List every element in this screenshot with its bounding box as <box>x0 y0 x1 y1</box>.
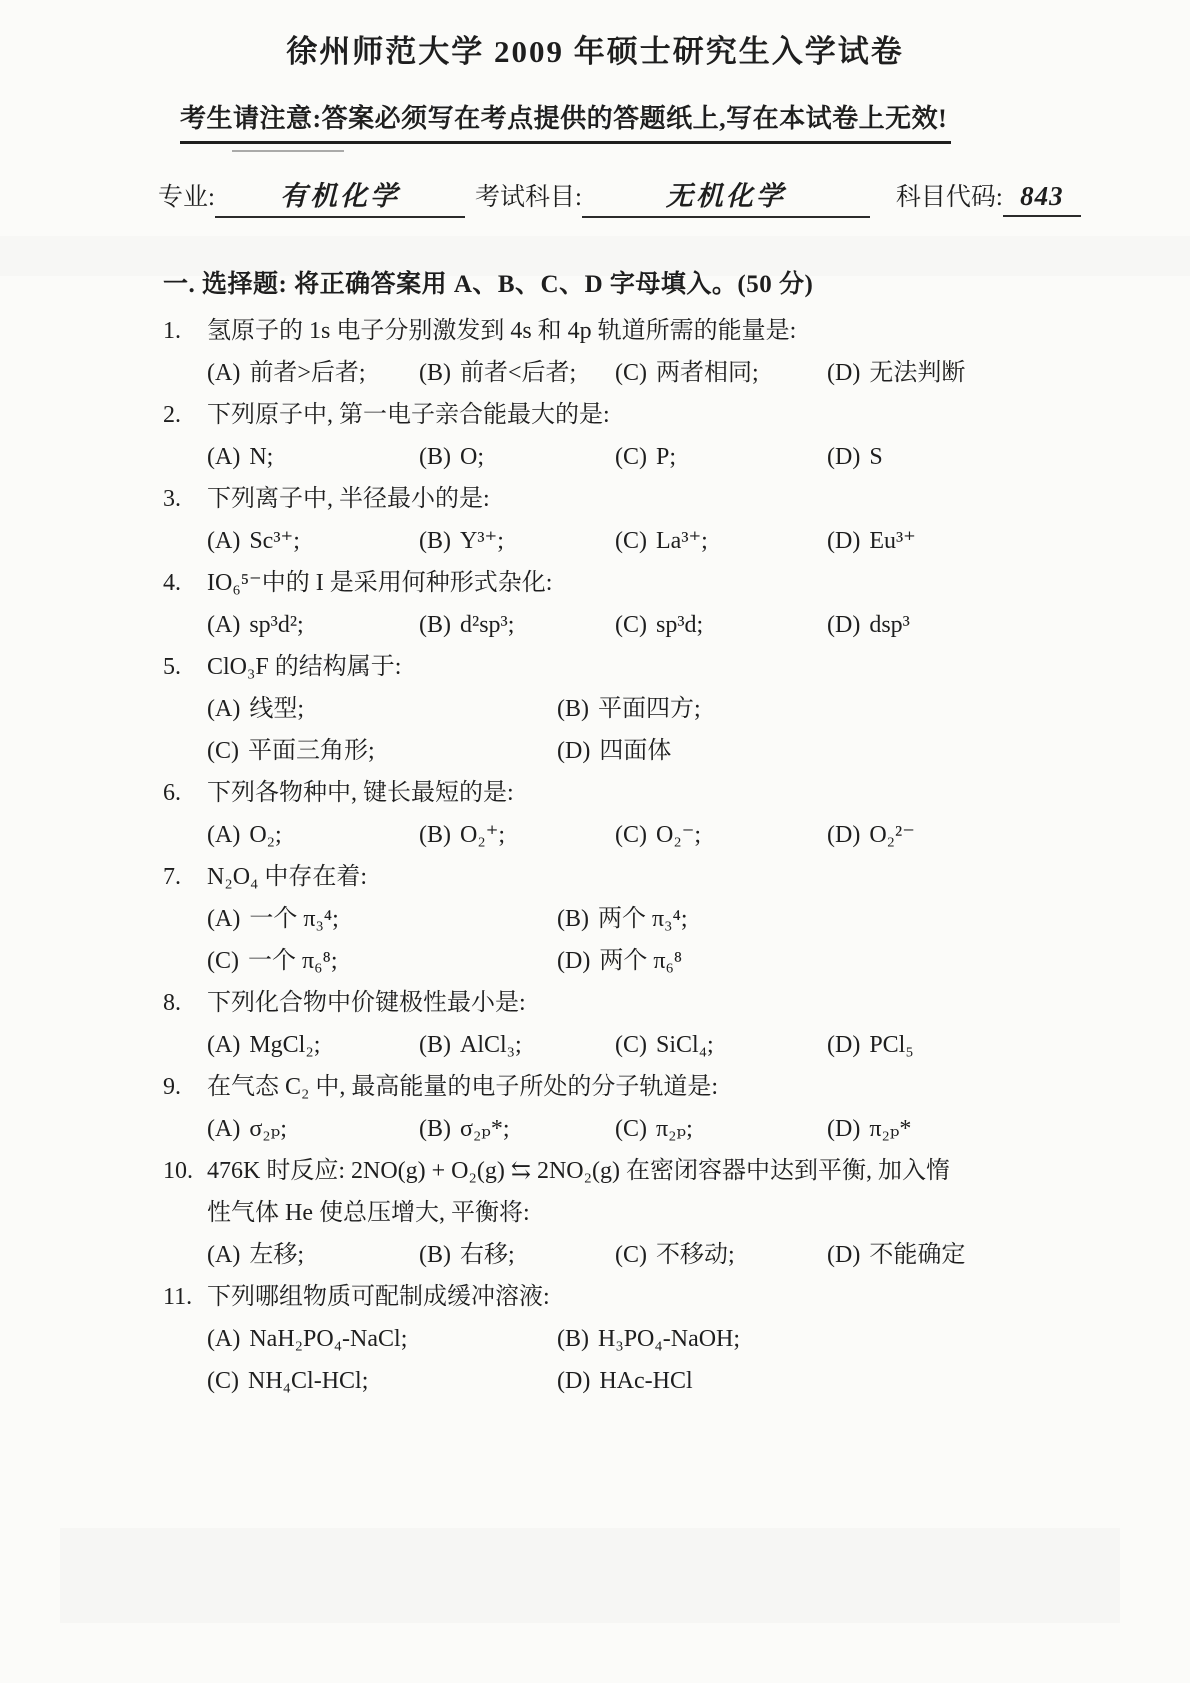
option: (D)π₂ₚ* <box>827 1108 1168 1150</box>
option-text: 右移; <box>460 1242 515 1268</box>
option: (D)无法判断 <box>827 352 1168 394</box>
question-stem-line: 性气体 He 使总压增大, 平衡将: <box>207 1192 1168 1234</box>
question-stem: N₂O₄ 中存在着: <box>207 856 1168 898</box>
option-label: (C) <box>207 1368 239 1394</box>
option: (B)H₃PO₄-NaOH; <box>557 1318 1168 1360</box>
option: (B)O; <box>419 436 615 478</box>
option-text: 平面三角形; <box>248 738 375 764</box>
question-stem-line: 下列离子中, 半径最小的是: <box>207 478 1168 520</box>
option-row: (A)一个 π₃⁴;(B)两个 π₃⁴; <box>163 898 1168 940</box>
option: (A)MgCl₂; <box>207 1024 419 1066</box>
option-label: (B) <box>419 528 451 554</box>
question-stem: 下列化合物中价键极性最小是: <box>207 982 1168 1024</box>
option-label: (B) <box>419 822 451 848</box>
question-stem-row: 9.在气态 C₂ 中, 最高能量的电子所处的分子轨道是: <box>163 1066 1168 1108</box>
option-text: PCl₅ <box>869 1032 913 1058</box>
option: (A)N; <box>207 436 419 478</box>
question-stem: 476K 时反应: 2NO(g) + O₂(g) ⇆ 2NO₂(g) 在密闭容器… <box>207 1150 1168 1234</box>
question: 4.IO₆⁵⁻中的 I 是采用何种形式杂化:(A)sp³d²;(B)d²sp³;… <box>163 562 1168 646</box>
option-text: 前者<后者; <box>460 360 576 386</box>
option: (A)Sc³⁺; <box>207 520 419 562</box>
question-stem-row: 1.氢原子的 1s 电子分别激发到 4s 和 4p 轨道所需的能量是: <box>163 310 1168 352</box>
question-stem: 氢原子的 1s 电子分别激发到 4s 和 4p 轨道所需的能量是: <box>207 310 1168 352</box>
question-list: 1.氢原子的 1s 电子分别激发到 4s 和 4p 轨道所需的能量是:(A)前者… <box>163 310 1168 1402</box>
exam-meta-row: 专业: 有机化学 考试科目: 无机化学 科目代码: 843 <box>158 174 1190 218</box>
option: (B)平面四方; <box>557 688 1168 730</box>
question-stem: ClO₃F 的结构属于: <box>207 646 1168 688</box>
option-text: 左移; <box>249 1242 304 1268</box>
option-row: (C)平面三角形;(D)四面体 <box>163 730 1168 772</box>
notice-row: 考生请注意:答案必须写在考点提供的答题纸上,写在本试卷上无效! <box>180 98 1190 144</box>
question-stem-row: 6.下列各物种中, 键长最短的是: <box>163 772 1168 814</box>
question-stem-line: ClO₃F 的结构属于: <box>207 646 1168 688</box>
option: (A)NaH₂PO₄-NaCl; <box>207 1318 557 1360</box>
option-label: (A) <box>207 1242 240 1268</box>
option-text: 线型; <box>249 696 304 722</box>
option-text: 一个 π₆⁸; <box>248 948 338 974</box>
option-text: NH₄Cl-HCl; <box>248 1368 368 1394</box>
option-text: H₃PO₄-NaOH; <box>598 1326 740 1352</box>
question-stem-row: 3.下列离子中, 半径最小的是: <box>163 478 1168 520</box>
question-stem-line: N₂O₄ 中存在着: <box>207 856 1168 898</box>
option-label: (C) <box>615 444 647 470</box>
option-text: S <box>869 444 882 470</box>
option-label: (B) <box>419 1116 451 1142</box>
question: 2.下列原子中, 第一电子亲合能最大的是:(A)N;(B)O;(C)P;(D)S <box>163 394 1168 478</box>
question-number: 4. <box>163 562 207 604</box>
option: (D)HAc-HCl <box>557 1360 1168 1402</box>
option-text: AlCl₃; <box>460 1032 522 1058</box>
option-label: (B) <box>419 360 451 386</box>
option-label: (A) <box>207 696 240 722</box>
question-stem-row: 8.下列化合物中价键极性最小是: <box>163 982 1168 1024</box>
candidate-notice: 考生请注意:答案必须写在考点提供的答题纸上,写在本试卷上无效! <box>180 98 951 144</box>
option-label: (A) <box>207 906 240 932</box>
option-text: Eu³⁺ <box>869 528 916 554</box>
option-label: (D) <box>827 1032 860 1058</box>
question: 10.476K 时反应: 2NO(g) + O₂(g) ⇆ 2NO₂(g) 在密… <box>163 1150 1168 1276</box>
option: (D)O₂²⁻ <box>827 814 1168 856</box>
option: (C)平面三角形; <box>207 730 557 772</box>
option-label: (B) <box>557 906 589 932</box>
option-label: (A) <box>207 1326 240 1352</box>
option-text: P; <box>656 444 676 470</box>
option-text: π₂ₚ* <box>869 1116 911 1142</box>
option: (A)左移; <box>207 1234 419 1276</box>
option-label: (A) <box>207 528 240 554</box>
option-label: (C) <box>615 1242 647 1268</box>
question-stem-row: 5.ClO₃F 的结构属于: <box>163 646 1168 688</box>
option: (B)O₂⁺; <box>419 814 615 856</box>
option-label: (A) <box>207 612 240 638</box>
question-stem-line: 下列化合物中价键极性最小是: <box>207 982 1168 1024</box>
option: (B)AlCl₃; <box>419 1024 615 1066</box>
exam-page: 徐州师范大学 2009 年硕士研究生入学试卷 考生请注意:答案必须写在考点提供的… <box>0 0 1190 1402</box>
option-label: (D) <box>557 1368 590 1394</box>
question: 7.N₂O₄ 中存在着:(A)一个 π₃⁴;(B)两个 π₃⁴;(C)一个 π₆… <box>163 856 1168 982</box>
option-text: 四面体 <box>599 738 671 764</box>
question-stem: 下列哪组物质可配制成缓冲溶液: <box>207 1276 1168 1318</box>
option: (C)π₂ₚ; <box>615 1108 827 1150</box>
option: (C)O₂⁻; <box>615 814 827 856</box>
option-row: (A)线型;(B)平面四方; <box>163 688 1168 730</box>
option: (A)O₂; <box>207 814 419 856</box>
question: 1.氢原子的 1s 电子分别激发到 4s 和 4p 轨道所需的能量是:(A)前者… <box>163 310 1168 394</box>
option: (C)两者相同; <box>615 352 827 394</box>
option: (B)前者<后者; <box>419 352 615 394</box>
option-text: sp³d; <box>656 612 703 638</box>
option: (C)P; <box>615 436 827 478</box>
option: (B)两个 π₃⁴; <box>557 898 1168 940</box>
option-label: (A) <box>207 822 240 848</box>
option-text: La³⁺; <box>656 528 708 554</box>
option-text: 两个 π₆⁸ <box>599 948 682 974</box>
question-stem-line: 476K 时反应: 2NO(g) + O₂(g) ⇆ 2NO₂(g) 在密闭容器… <box>207 1150 1168 1192</box>
question-stem-line: 氢原子的 1s 电子分别激发到 4s 和 4p 轨道所需的能量是: <box>207 310 1168 352</box>
question-number: 10. <box>163 1150 207 1234</box>
option-label: (C) <box>207 948 239 974</box>
question: 5.ClO₃F 的结构属于:(A)线型;(B)平面四方;(C)平面三角形;(D)… <box>163 646 1168 772</box>
option: (A)线型; <box>207 688 557 730</box>
option: (C)sp³d; <box>615 604 827 646</box>
option-text: 一个 π₃⁴; <box>249 906 339 932</box>
question: 9.在气态 C₂ 中, 最高能量的电子所处的分子轨道是:(A)σ₂ₚ;(B)σ₂… <box>163 1066 1168 1150</box>
option-text: O₂⁻; <box>656 822 701 848</box>
option: (B)σ₂ₚ*; <box>419 1108 615 1150</box>
option-text: 无法判断 <box>869 360 965 386</box>
option-label: (B) <box>419 1242 451 1268</box>
question-stem-row: 2.下列原子中, 第一电子亲合能最大的是: <box>163 394 1168 436</box>
question-number: 3. <box>163 478 207 520</box>
question-stem-row: 7.N₂O₄ 中存在着: <box>163 856 1168 898</box>
option-row: (A)O₂;(B)O₂⁺;(C)O₂⁻;(D)O₂²⁻ <box>163 814 1168 856</box>
page-title: 徐州师范大学 2009 年硕士研究生入学试卷 <box>0 0 1190 71</box>
question: 11.下列哪组物质可配制成缓冲溶液:(A)NaH₂PO₄-NaCl;(B)H₃P… <box>163 1276 1168 1402</box>
option: (D)dsp³ <box>827 604 1168 646</box>
option-label: (C) <box>615 1032 647 1058</box>
subject-label: 考试科目: <box>475 177 582 213</box>
option: (A)前者>后者; <box>207 352 419 394</box>
option-label: (D) <box>827 1242 860 1268</box>
question: 6.下列各物种中, 键长最短的是:(A)O₂;(B)O₂⁺;(C)O₂⁻;(D)… <box>163 772 1168 856</box>
option-row: (A)NaH₂PO₄-NaCl;(B)H₃PO₄-NaOH; <box>163 1318 1168 1360</box>
question-stem: 下列离子中, 半径最小的是: <box>207 478 1168 520</box>
major-value: 有机化学 <box>215 174 465 218</box>
question-stem-row: 4.IO₆⁵⁻中的 I 是采用何种形式杂化: <box>163 562 1168 604</box>
option: (B)d²sp³; <box>419 604 615 646</box>
option-label: (D) <box>827 528 860 554</box>
option-label: (C) <box>207 738 239 764</box>
option-label: (C) <box>615 822 647 848</box>
option-label: (D) <box>827 444 860 470</box>
option-text: MgCl₂; <box>249 1032 320 1058</box>
option-text: N; <box>249 444 273 470</box>
question: 3.下列离子中, 半径最小的是:(A)Sc³⁺;(B)Y³⁺;(C)La³⁺;(… <box>163 478 1168 562</box>
question-stem-line: 在气态 C₂ 中, 最高能量的电子所处的分子轨道是: <box>207 1066 1168 1108</box>
option: (A)sp³d²; <box>207 604 419 646</box>
option: (B)右移; <box>419 1234 615 1276</box>
option-text: 不能确定 <box>869 1242 965 1268</box>
option-label: (B) <box>419 1032 451 1058</box>
option: (A)一个 π₃⁴; <box>207 898 557 940</box>
question-stem-line: IO₆⁵⁻中的 I 是采用何种形式杂化: <box>207 562 1168 604</box>
option-text: 两者相同; <box>656 360 759 386</box>
option-label: (A) <box>207 1032 240 1058</box>
question-stem-row: 10.476K 时反应: 2NO(g) + O₂(g) ⇆ 2NO₂(g) 在密… <box>163 1150 1168 1234</box>
option: (D)四面体 <box>557 730 1168 772</box>
option-row: (A)sp³d²;(B)d²sp³;(C)sp³d;(D)dsp³ <box>163 604 1168 646</box>
question-number: 9. <box>163 1066 207 1108</box>
question-stem-line: 下列原子中, 第一电子亲合能最大的是: <box>207 394 1168 436</box>
question-number: 6. <box>163 772 207 814</box>
option: (C)SiCl₄; <box>615 1024 827 1066</box>
option-label: (D) <box>827 360 860 386</box>
option-label: (C) <box>615 360 647 386</box>
option-text: σ₂ₚ*; <box>460 1116 510 1142</box>
option-row: (A)MgCl₂;(B)AlCl₃;(C)SiCl₄;(D)PCl₅ <box>163 1024 1168 1066</box>
option-text: d²sp³; <box>460 612 514 638</box>
option: (C)一个 π₆⁸; <box>207 940 557 982</box>
question-number: 2. <box>163 394 207 436</box>
major-label: 专业: <box>158 177 215 213</box>
option: (D)S <box>827 436 1168 478</box>
option-row: (A)左移;(B)右移;(C)不移动;(D)不能确定 <box>163 1234 1168 1276</box>
option: (C)不移动; <box>615 1234 827 1276</box>
option-label: (A) <box>207 1116 240 1142</box>
option-label: (A) <box>207 444 240 470</box>
option-row: (A)前者>后者;(B)前者<后者;(C)两者相同;(D)无法判断 <box>163 352 1168 394</box>
scan-shade-band <box>60 1528 1120 1623</box>
option-row: (A)N;(B)O;(C)P;(D)S <box>163 436 1168 478</box>
option-text: 前者>后者; <box>249 360 365 386</box>
option-label: (D) <box>827 1116 860 1142</box>
option-text: O; <box>460 444 484 470</box>
option-label: (C) <box>615 612 647 638</box>
option-row: (A)Sc³⁺;(B)Y³⁺;(C)La³⁺;(D)Eu³⁺ <box>163 520 1168 562</box>
option-text: π₂ₚ; <box>656 1116 693 1142</box>
option-text: NaH₂PO₄-NaCl; <box>249 1326 407 1352</box>
question-number: 7. <box>163 856 207 898</box>
scan-artifact-line <box>232 150 344 152</box>
question-stem: IO₆⁵⁻中的 I 是采用何种形式杂化: <box>207 562 1168 604</box>
question-stem: 下列原子中, 第一电子亲合能最大的是: <box>207 394 1168 436</box>
section-one-heading: 一. 选择题: 将正确答案用 A、B、C、D 字母填入。(50 分) <box>163 264 1190 300</box>
option-text: HAc-HCl <box>599 1368 692 1394</box>
option: (C)NH₄Cl-HCl; <box>207 1360 557 1402</box>
option-label: (D) <box>827 612 860 638</box>
option-text: SiCl₄; <box>656 1032 714 1058</box>
option: (B)Y³⁺; <box>419 520 615 562</box>
option-label: (B) <box>557 1326 589 1352</box>
option-text: 两个 π₃⁴; <box>598 906 688 932</box>
option-text: 不移动; <box>656 1242 735 1268</box>
question-number: 1. <box>163 310 207 352</box>
option-label: (A) <box>207 360 240 386</box>
option-text: O₂²⁻ <box>869 822 915 848</box>
option: (A)σ₂ₚ; <box>207 1108 419 1150</box>
option: (D)两个 π₆⁸ <box>557 940 1168 982</box>
option-text: Sc³⁺; <box>249 528 300 554</box>
question-stem: 下列各物种中, 键长最短的是: <box>207 772 1168 814</box>
question-stem-line: 下列各物种中, 键长最短的是: <box>207 772 1168 814</box>
question-number: 11. <box>163 1276 207 1318</box>
option-row: (A)σ₂ₚ;(B)σ₂ₚ*;(C)π₂ₚ;(D)π₂ₚ* <box>163 1108 1168 1150</box>
question: 8.下列化合物中价键极性最小是:(A)MgCl₂;(B)AlCl₃;(C)SiC… <box>163 982 1168 1066</box>
subject-code-label: 科目代码: <box>896 177 1003 213</box>
option-label: (B) <box>557 696 589 722</box>
option-text: O₂⁺; <box>460 822 505 848</box>
option: (D)不能确定 <box>827 1234 1168 1276</box>
option: (D)PCl₅ <box>827 1024 1168 1066</box>
option-label: (C) <box>615 1116 647 1142</box>
option-row: (C)一个 π₆⁸;(D)两个 π₆⁸ <box>163 940 1168 982</box>
option-label: (D) <box>557 948 590 974</box>
option: (D)Eu³⁺ <box>827 520 1168 562</box>
subject-value: 无机化学 <box>582 174 870 218</box>
option: (C)La³⁺; <box>615 520 827 562</box>
option-label: (D) <box>827 822 860 848</box>
option-text: sp³d²; <box>249 612 303 638</box>
option-label: (D) <box>557 738 590 764</box>
option-text: O₂; <box>249 822 281 848</box>
option-label: (C) <box>615 528 647 554</box>
option-label: (B) <box>419 444 451 470</box>
question-stem-line: 下列哪组物质可配制成缓冲溶液: <box>207 1276 1168 1318</box>
option-row: (C)NH₄Cl-HCl;(D)HAc-HCl <box>163 1360 1168 1402</box>
option-label: (B) <box>419 612 451 638</box>
question-number: 8. <box>163 982 207 1024</box>
option-text: 平面四方; <box>598 696 701 722</box>
question-stem-row: 11.下列哪组物质可配制成缓冲溶液: <box>163 1276 1168 1318</box>
option-text: σ₂ₚ; <box>249 1116 287 1142</box>
option-text: dsp³ <box>869 612 910 638</box>
question-stem: 在气态 C₂ 中, 最高能量的电子所处的分子轨道是: <box>207 1066 1168 1108</box>
question-number: 5. <box>163 646 207 688</box>
option-text: Y³⁺; <box>460 528 504 554</box>
subject-code-value: 843 <box>1003 181 1081 217</box>
